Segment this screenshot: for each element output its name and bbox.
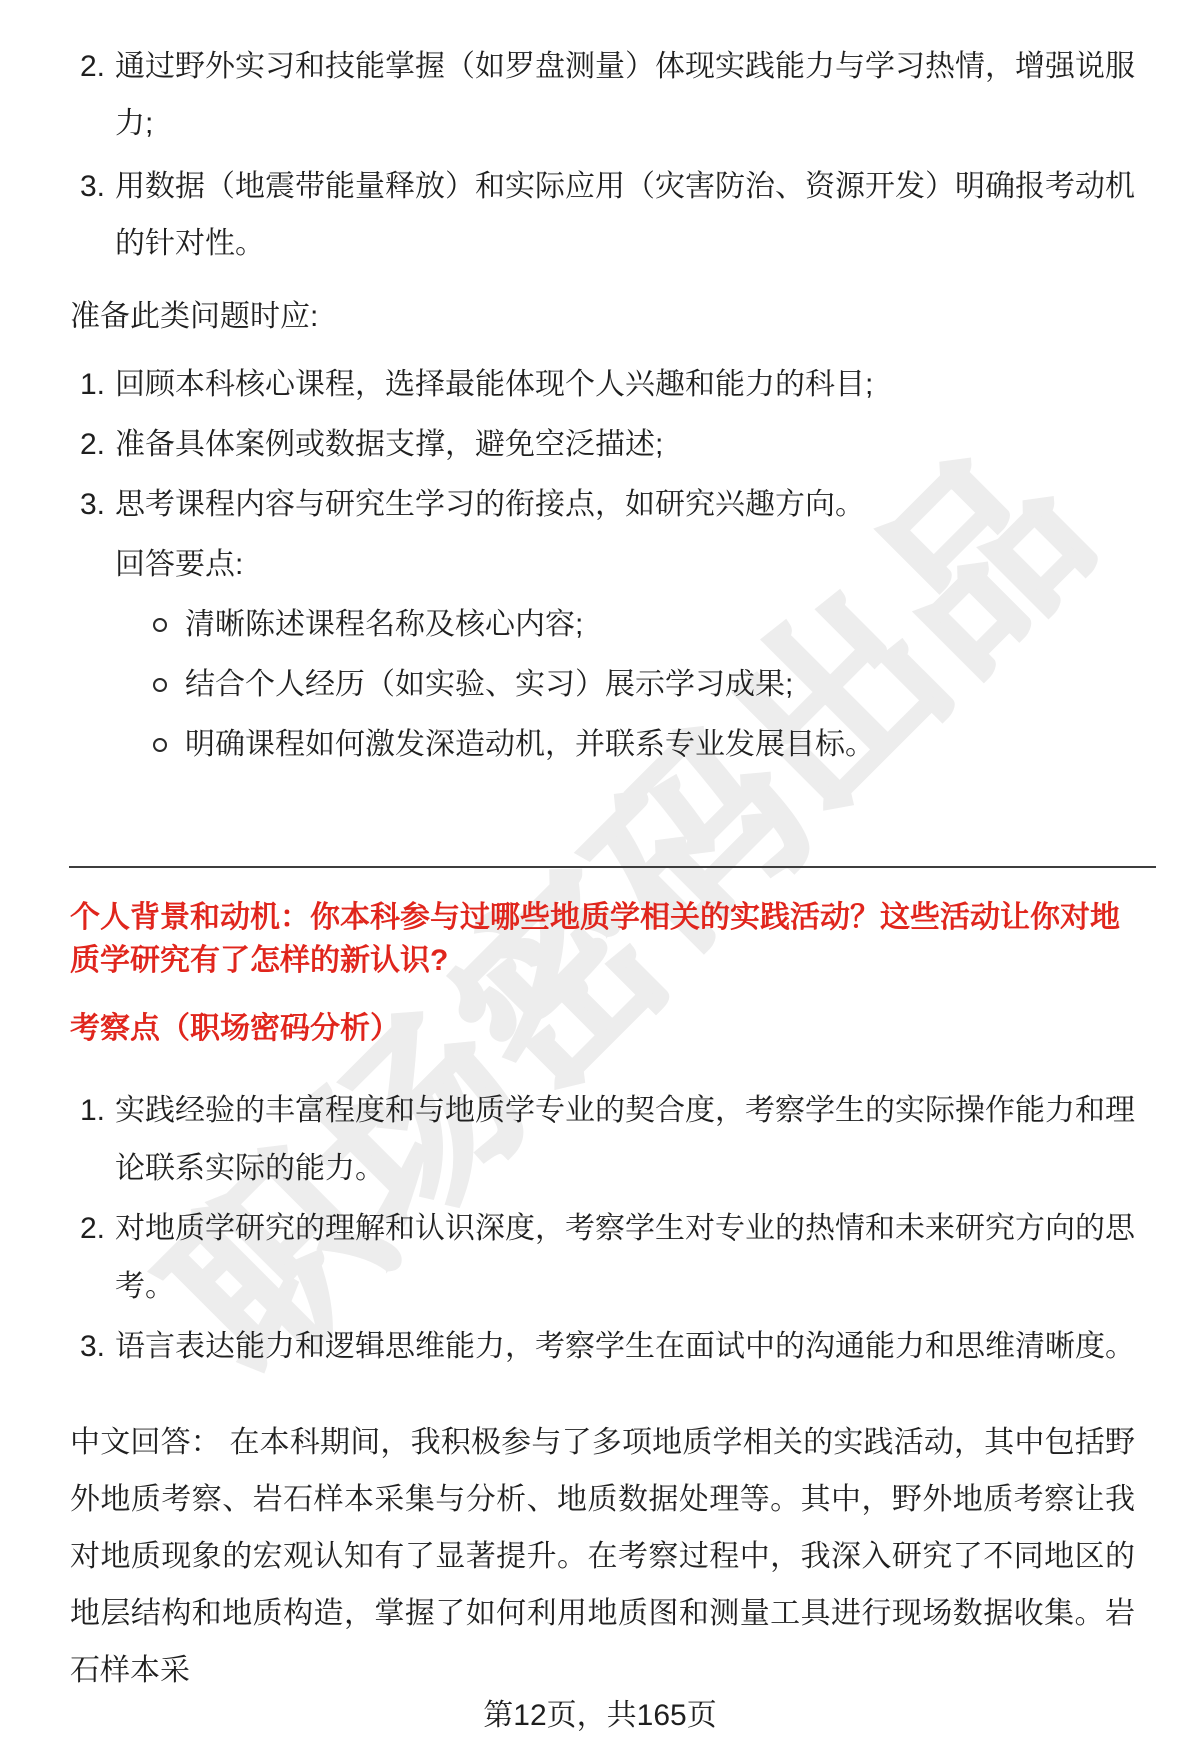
item-text: 通过野外实习和技能掌握（如罗盘测量）体现实践能力与学习热情，增强说服力;: [115, 38, 1135, 152]
sub-bullet-text: 清晰陈述课程名称及核心内容;: [185, 595, 583, 655]
sub-bullet-item: 明确课程如何激发深造动机，并联系专业发展目标。: [115, 715, 1135, 775]
sub-bullet-item: 清晰陈述课程名称及核心内容;: [115, 595, 1135, 655]
prepare-list: 1. 回顾本科核心课程，选择最能体现个人兴趣和能力的科目; 2. 准备具体案例或…: [70, 355, 1135, 775]
item-number: 1.: [70, 355, 115, 415]
answer-points-list: 清晰陈述课程名称及核心内容; 结合个人经历（如实验、实习）展示学习成果; 明确课…: [115, 595, 1135, 775]
circle-bullet-icon: [153, 678, 167, 692]
list-item: 1. 实践经验的丰富程度和与地质学专业的契合度，考察学生的实际操作能力和理论联系…: [70, 1082, 1135, 1198]
list-item: 3. 用数据（地震带能量释放）和实际应用（灾害防治、资源开发）明确报考动机的针对…: [70, 158, 1135, 272]
chinese-answer-paragraph: 中文回答： 在本科期间，我积极参与了多项地质学相关的实践活动，其中包括野外地质考…: [70, 1414, 1135, 1699]
item-text: 回顾本科核心课程，选择最能体现个人兴趣和能力的科目;: [115, 355, 1135, 415]
item-number: 2.: [70, 38, 115, 95]
item-number: 3.: [70, 158, 115, 215]
item-text: 语言表达能力和逻辑思维能力，考察学生在面试中的沟通能力和思维清晰度。: [115, 1318, 1135, 1376]
sub-bullet-text: 明确课程如何激发深造动机，并联系专业发展目标。: [185, 715, 875, 775]
sub-bullet-text: 结合个人经历（如实验、实习）展示学习成果;: [185, 655, 793, 715]
sub-bullet-item: 结合个人经历（如实验、实习）展示学习成果;: [115, 655, 1135, 715]
document-page: 2. 通过野外实习和技能掌握（如罗盘测量）体现实践能力与学习热情，增强说服力; …: [0, 38, 1200, 1699]
item-text: 用数据（地震带能量释放）和实际应用（灾害防治、资源开发）明确报考动机的针对性。: [115, 158, 1135, 272]
list-item: 2. 通过野外实习和技能掌握（如罗盘测量）体现实践能力与学习热情，增强说服力;: [70, 38, 1135, 152]
tips-list: 2. 通过野外实习和技能掌握（如罗盘测量）体现实践能力与学习热情，增强说服力; …: [70, 38, 1135, 272]
question-heading: 个人背景和动机：你本科参与过哪些地质学相关的实践活动？这些活动让你对地质学研究有…: [70, 896, 1135, 982]
item-number: 1.: [70, 1082, 115, 1140]
prepare-intro: 准备此类问题时应:: [70, 288, 1135, 345]
section-divider: [69, 866, 1156, 868]
item-text: 实践经验的丰富程度和与地质学专业的契合度，考察学生的实际操作能力和理论联系实际的…: [115, 1082, 1135, 1198]
item-text: 对地质学研究的理解和认识深度，考察学生对专业的热情和未来研究方向的思考。: [115, 1200, 1135, 1316]
item-text: 思考课程内容与研究生学习的衔接点，如研究兴趣方向。: [115, 475, 1135, 535]
list-item: 2. 对地质学研究的理解和认识深度，考察学生对专业的热情和未来研究方向的思考。: [70, 1200, 1135, 1316]
item-number: 3.: [70, 1318, 115, 1376]
circle-bullet-icon: [153, 738, 167, 752]
item-number: 2.: [70, 1200, 115, 1258]
list-item: 1. 回顾本科核心课程，选择最能体现个人兴趣和能力的科目;: [70, 355, 1135, 415]
item-text: 准备具体案例或数据支撑，避免空泛描述;: [115, 415, 1135, 475]
analysis-heading: 考察点（职场密码分析）: [70, 1007, 1135, 1050]
list-item: 3. 思考课程内容与研究生学习的衔接点，如研究兴趣方向。: [70, 475, 1135, 535]
item-number: 3.: [70, 475, 115, 535]
analysis-list: 1. 实践经验的丰富程度和与地质学专业的契合度，考察学生的实际操作能力和理论联系…: [70, 1082, 1135, 1376]
circle-bullet-icon: [153, 618, 167, 632]
item-number: 2.: [70, 415, 115, 475]
page-footer: 第12页，共165页: [0, 1690, 1200, 1734]
list-item: 3. 语言表达能力和逻辑思维能力，考察学生在面试中的沟通能力和思维清晰度。: [70, 1318, 1135, 1376]
answer-points-label: 回答要点:: [115, 535, 1135, 595]
list-item: 2. 准备具体案例或数据支撑，避免空泛描述;: [70, 415, 1135, 475]
